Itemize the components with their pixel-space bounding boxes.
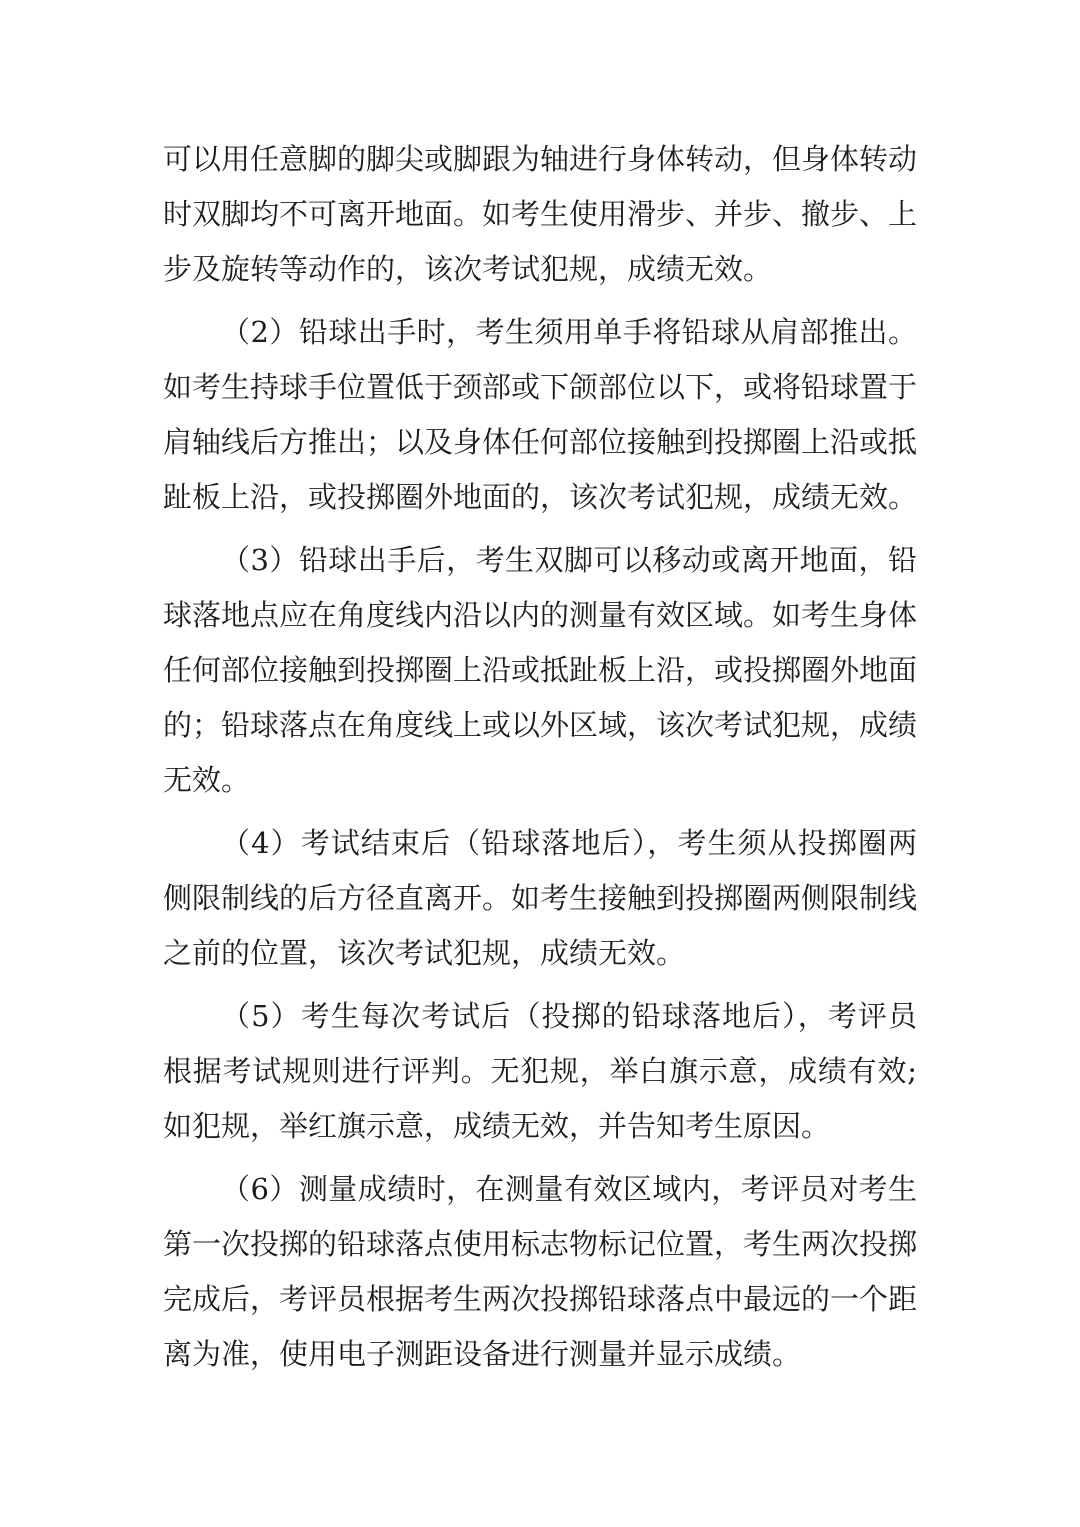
document-page: 可以用任意脚的脚尖或脚跟为轴进行身体转动，但身体转动时双脚均不可离开地面。如考生… [0,0,1080,1527]
paragraph-rule-6: （6）测量成绩时，在测量有效区域内，考评员对考生第一次投掷的铅球落点使用标志物标… [163,1162,917,1382]
paragraph-continuation: 可以用任意脚的脚尖或脚跟为轴进行身体转动，但身体转动时双脚均不可离开地面。如考生… [163,132,917,297]
paragraph-rule-2: （2）铅球出手时，考生须用单手将铅球从肩部推出。如考生持球手位置低于颈部或下颌部… [163,305,917,525]
paragraph-rule-5: （5）考生每次考试后（投掷的铅球落地后），考评员根据考试规则进行评判。无犯规，举… [163,989,917,1154]
paragraph-rule-3: （3）铅球出手后，考生双脚可以移动或离开地面，铅球落地点应在角度线内沿以内的测量… [163,533,917,808]
paragraph-rule-4: （4）考试结束后（铅球落地后），考生须从投掷圈两侧限制线的后方径直离开。如考生接… [163,816,917,981]
document-body: 可以用任意脚的脚尖或脚跟为轴进行身体转动，但身体转动时双脚均不可离开地面。如考生… [163,132,917,1382]
